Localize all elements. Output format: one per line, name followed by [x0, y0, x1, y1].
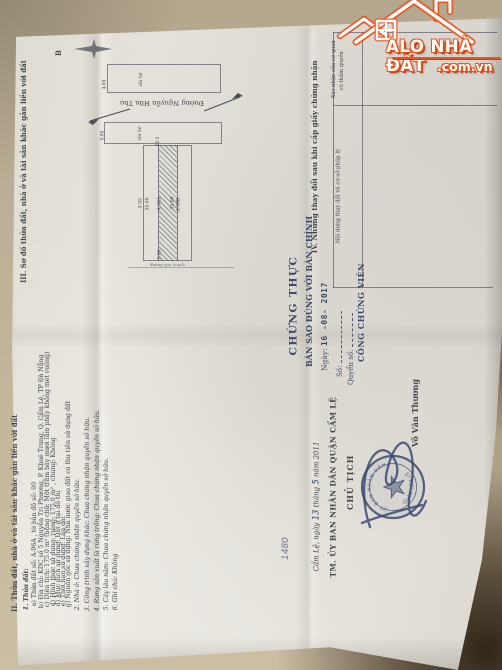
date-year: năm 2011	[313, 442, 321, 477]
item-6: 6. Ghi chú: Không	[113, 554, 119, 611]
road-continuation-arrows	[82, 90, 247, 125]
photo-of-land-certificate: III. Sơ đồ thửa đất, nhà ở và tài sản kh…	[0, 0, 502, 670]
sidewalk-top-label: vỉa hè	[140, 72, 145, 87]
item-3: 3. Công trình xây dựng khác: Chưa chứng …	[85, 417, 91, 611]
date-mid: tháng	[313, 487, 321, 507]
date-pre: Cẩm Lệ, ngày	[313, 523, 321, 572]
notary-stamp-so-line: Số:	[337, 311, 344, 377]
signing-authority: TM. ỦY BAN NHÂN DÂN QUẬN CẨM LỆ	[330, 397, 338, 578]
quyen-label: Quyển số:	[347, 350, 355, 385]
date-label: Ngày:	[320, 348, 329, 371]
plot-dim-left: 35.00	[146, 197, 151, 210]
table-col2-header-line1: Xác nhận của cơ quan	[332, 40, 337, 98]
sidewalk-top-dim: 4.00	[104, 80, 108, 90]
quyen-blank-line	[348, 313, 353, 347]
notary-stamp-line1: CHỨNG THỰC	[289, 256, 300, 356]
signature-date-line: Cẩm Lệ, ngày 13 tháng 5 năm 2011	[313, 442, 322, 572]
item-4: 4. Rừng sản xuất là rừng trồng: Chưa chứ…	[95, 409, 101, 611]
watermark-domain-text: .com.vn	[437, 59, 493, 74]
item-5: 5. Cây lâu năm: Chưa chứng nhận quyền sở…	[104, 458, 110, 610]
so-blank-line	[337, 311, 342, 363]
plan-bottom-tiny-label: đường quy hoạch	[150, 262, 185, 267]
official-round-seal: ỦY BAN NHÂN DÂN QUẬN CẨM LỆ	[358, 452, 428, 522]
section-3-title: III. Sơ đồ thửa đất, nhà ở và tài sản kh…	[20, 60, 27, 283]
signer-name: Võ Văn Thương	[411, 379, 419, 447]
item-1g: g) Nguồn gốc sử dụng: Nhà nước giao đất …	[66, 401, 72, 607]
plot-dim-right: 35.00	[171, 196, 176, 209]
notary-stamp-line5: CÔNG CHỨNG VIÊN	[357, 263, 365, 362]
notary-stamp-line2: BẢN SAO ĐÚNG VỚI BẢN CHÍNH	[305, 216, 313, 367]
item-2: 2. Nhà ở: Chưa chứng nhận quyền sở hữu.	[75, 478, 81, 610]
sidewalk-bottom-dim: 5.00	[102, 131, 106, 141]
handwritten-note: 1480	[282, 537, 291, 560]
plot-right-label: A 96B	[177, 198, 182, 212]
table-column-divider	[333, 105, 497, 106]
plan-baseline	[128, 267, 234, 268]
sidewalk-strip-top	[107, 64, 221, 93]
notary-stamp-quyen-line: Quyển số:	[348, 313, 355, 385]
notary-stamp-date-line: Ngày: 16 -08- 2017	[321, 282, 329, 371]
item-1: 1. Thửa đất:	[24, 568, 30, 610]
plot-frontage-dim: 5.00	[159, 250, 163, 260]
date-month-handwritten: 5	[312, 479, 322, 484]
plot-center-label: A 96A	[158, 197, 163, 211]
sidewalk-bottom-label: vỉa hè	[139, 126, 144, 141]
table-col1-header: Nội dung thay đổi và cơ sở pháp lý	[337, 149, 342, 244]
section-2-title: II. Thửa đất, nhà ở và tài sản khác gắn …	[11, 415, 18, 612]
document-content: III. Sơ đồ thửa đất, nhà ở và tài sản kh…	[0, 0, 502, 670]
date-day-handwritten: 13	[312, 510, 322, 521]
plot-left-label: A 95	[139, 198, 144, 209]
compass-north-icon	[70, 36, 110, 64]
so-label: Số:	[336, 366, 344, 377]
sidewalk-strip-bottom	[104, 122, 222, 144]
date-stamp-value: 16 -08- 2017	[320, 282, 329, 346]
north-label: B	[55, 50, 62, 56]
